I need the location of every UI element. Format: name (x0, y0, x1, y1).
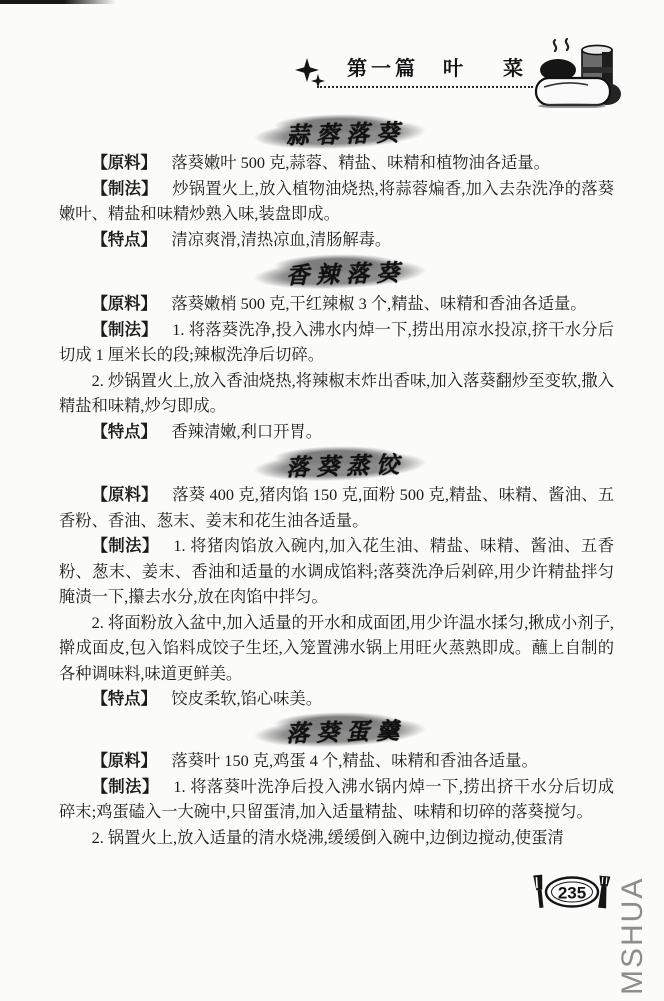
paragraph-label: 【特点】 (92, 230, 157, 249)
recipe-paragraph: 【原料】落葵 400 克,猪肉馅 150 克,面粉 500 克,精盐、味精、酱油… (59, 482, 614, 533)
paragraph-text: 落葵嫩叶 500 克,蒜蓉、精盐、味精和植物油各适量。 (171, 153, 550, 172)
recipe-paragraph: 【制法】1. 将落葵叶洗净后投入沸水锅内焯一下,捞出挤干水分后切成碎末;鸡蛋磕入… (59, 774, 614, 825)
paragraph-label: 【制法】 (92, 777, 159, 796)
scan-artifact-line (0, 0, 116, 4)
recipe-paragraph: 【特点】清凉爽滑,清热凉血,清肠解毒。 (59, 227, 614, 253)
recipe-paragraph: 【原料】落葵嫩叶 500 克,蒜蓉、精盐、味精和植物油各适量。 (59, 150, 614, 176)
paragraph-label: 【原料】 (92, 294, 157, 313)
recipe-title: 落葵蒸饺 (278, 446, 406, 482)
recipe-title: 香辣落葵 (278, 254, 406, 290)
paragraph-label: 【制法】 (92, 179, 158, 198)
watermark-text: MSHUA (616, 883, 650, 995)
paragraph-text: 清凉爽滑,清热凉血,清肠解毒。 (171, 230, 391, 249)
recipe-body: 【原料】落葵叶 150 克,鸡蛋 4 个,精盐、味精和香油各适量。 【制法】1.… (59, 748, 614, 850)
page-number-badge: 235 (527, 872, 613, 919)
paragraph-label: 【原料】 (92, 153, 157, 172)
recipe-title-banner: 蒜蓉落葵 (250, 114, 434, 150)
paragraph-text: 落葵叶 150 克,鸡蛋 4 个,精盐、味精和香油各适量。 (171, 751, 537, 770)
paragraph-label: 【原料】 (92, 485, 158, 504)
recipe-body: 【原料】落葵嫩梢 500 克,干红辣椒 3 个,精盐、味精和香油各适量。 【制法… (59, 291, 614, 444)
paragraph-text: 2. 炒锅置火上,放入香油烧热,将辣椒末炸出香味,加入落葵翻炒至变软,撒入精盐和… (59, 371, 614, 416)
recipe-title-banner: 香辣落葵 (250, 254, 434, 290)
paragraph-text: 落葵嫩梢 500 克,干红辣椒 3 个,精盐、味精和香油各适量。 (171, 294, 586, 313)
paragraph-label: 【特点】 (92, 689, 157, 708)
knife-icon (533, 875, 545, 909)
recipe-title-banner: 落葵蒸饺 (250, 446, 434, 482)
recipe-body: 【原料】落葵 400 克,猪肉馅 150 克,面粉 500 克,精盐、味精、酱油… (59, 482, 614, 712)
paragraph-text: 2. 将面粉放入盆中,加入适量的开水和成面团,用少许温水揉匀,揪成小剂子,擀成面… (59, 613, 614, 683)
recipe-paragraph: 2. 将面粉放入盆中,加入适量的开水和成面团,用少许温水揉匀,揪成小剂子,擀成面… (59, 610, 614, 687)
recipe-paragraph: 2. 锅置火上,放入适量的清水烧沸,缓缓倒入碗中,边倒边搅动,使蛋清 (59, 825, 614, 851)
header-dotted-rule (317, 72, 533, 88)
paragraph-text: 2. 锅置火上,放入适量的清水烧沸,缓缓倒入碗中,边倒边搅动,使蛋清 (92, 828, 564, 847)
recipe-paragraph: 【制法】1. 将落葵洗净,投入沸水内焯一下,捞出用凉水投凉,挤干水分后切成 1 … (59, 317, 614, 368)
recipe-paragraph: 【特点】香辣清嫩,利口开胃。 (59, 419, 614, 445)
steaming-pot-icon (524, 36, 629, 113)
book-page: 第一篇叶菜 蒜蓉落葵 【原料】落葵嫩叶 500 克,蒜蓉、精盐、味精和植物油各适… (0, 0, 664, 1001)
paragraph-label: 【特点】 (92, 422, 157, 441)
paragraph-text: 饺皮柔软,馅心味美。 (171, 689, 322, 708)
page-number: 235 (558, 884, 586, 903)
paragraph-label: 【原料】 (92, 751, 157, 770)
paragraph-text: 香辣清嫩,利口开胃。 (171, 422, 322, 441)
recipe-title: 蒜蓉落葵 (278, 114, 406, 150)
recipe-paragraph: 【原料】落葵叶 150 克,鸡蛋 4 个,精盐、味精和香油各适量。 (59, 748, 614, 774)
recipe-paragraph: 2. 炒锅置火上,放入香油烧热,将辣椒末炸出香味,加入落葵翻炒至变软,撒入精盐和… (59, 368, 614, 419)
recipe-title: 落葵蛋羹 (278, 712, 406, 748)
paragraph-label: 【制法】 (92, 536, 159, 555)
recipe-paragraph: 【制法】炒锅置火上,放入植物油烧热,将蒜蓉煸香,加入去杂洗净的落葵嫩叶、精盐和味… (59, 176, 614, 227)
recipe-paragraph: 【特点】饺皮柔软,馅心味美。 (59, 686, 614, 712)
recipe-paragraph: 【原料】落葵嫩梢 500 克,干红辣椒 3 个,精盐、味精和香油各适量。 (59, 291, 614, 317)
recipe-title-banner: 落葵蛋羹 (250, 712, 434, 748)
paragraph-label: 【制法】 (92, 320, 158, 339)
recipe-paragraph: 【制法】1. 将猪肉馅放入碗内,加入花生油、精盐、味精、酱油、五香粉、葱末、姜末… (59, 533, 614, 610)
recipe-body: 【原料】落葵嫩叶 500 克,蒜蓉、精盐、味精和植物油各适量。 【制法】炒锅置火… (59, 150, 614, 252)
